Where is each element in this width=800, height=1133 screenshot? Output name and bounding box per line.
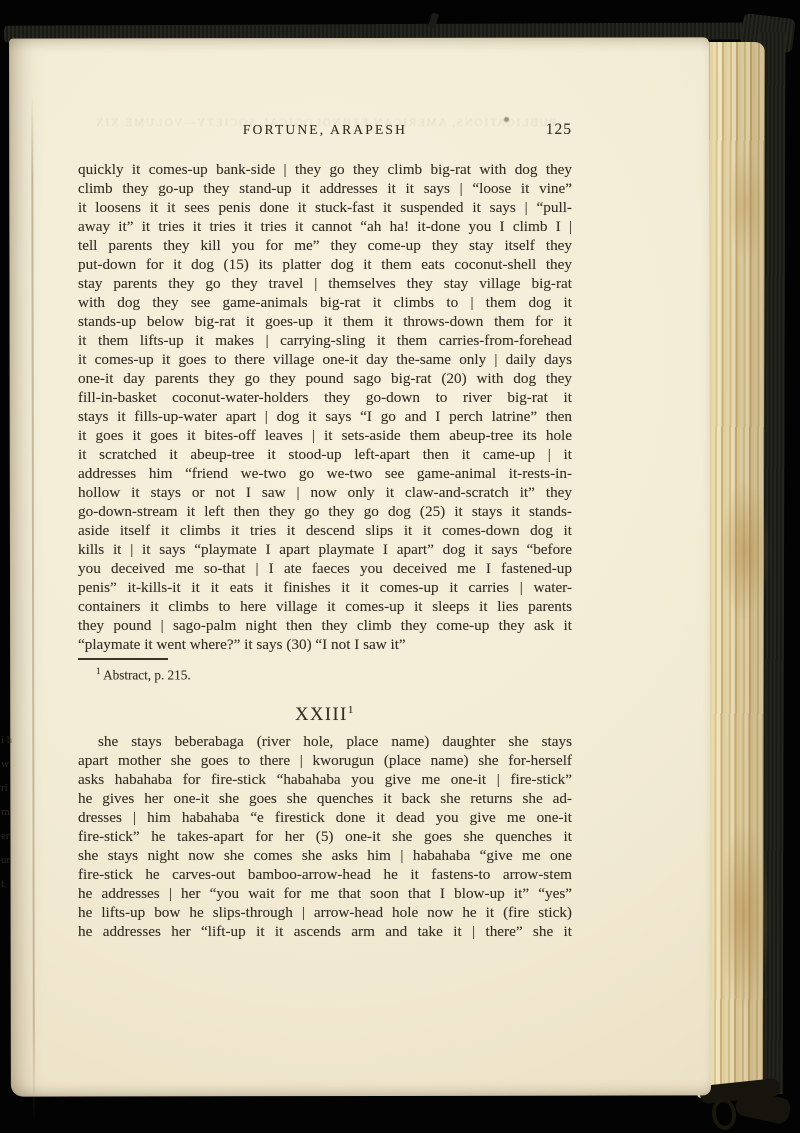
text-line: it comes-up it goes to there village one…	[78, 350, 572, 369]
running-head: FORTUNE, ARAPESH 125	[78, 122, 572, 142]
page-number: 125	[546, 121, 572, 139]
text-line: hollow it stays or not I saw | now only …	[78, 483, 572, 502]
book-scan: i h w ri m er ur t. PUBLICATIONS, AMERIC…	[0, 0, 800, 1133]
text-line: it them lifts-up it makes | carrying-sli…	[78, 331, 572, 350]
body-text: quickly it comes-up bank-side | they go …	[78, 160, 572, 654]
text-line: with dog they see game-animals big-rat i…	[78, 293, 572, 312]
frayed-corner	[734, 1089, 792, 1126]
gutter-crease	[31, 95, 35, 1125]
text-line: kills it | it says “playmate I apart pla…	[78, 540, 572, 559]
text-line: quickly it comes-up bank-side | they go …	[78, 160, 572, 179]
facing-page-fragments: i h w ri m er ur t.	[1, 728, 14, 896]
section-number: XXIII	[295, 705, 348, 725]
text-line: she stays night now she comes she asks h…	[78, 846, 572, 865]
section-footnote-marker: 1	[348, 704, 355, 716]
text-line: put-down for it dog (15) its platter dog…	[78, 255, 572, 274]
text-line: he gives her one-it she goes she quenche…	[78, 789, 572, 808]
text-line: dresses | him habahaba “e firestick done…	[78, 808, 572, 827]
text-line: go-down-stream it left then they go they…	[78, 502, 572, 521]
text-line: he addresses her “lift-up it it ascends …	[78, 922, 572, 941]
text-line: tell parents they kill you for me” they …	[78, 236, 572, 255]
section-text: she stays beberabaga (river hole, place …	[78, 732, 572, 941]
text-line: aside itself it climbs it tries it desce…	[78, 521, 572, 540]
text-line: asks habahaba for fire-stick “habahaba y…	[78, 770, 572, 789]
text-line: stands-up below big-rat it goes-up it th…	[78, 312, 572, 331]
footnote-rule	[78, 658, 168, 660]
text-line: it scratched it abeup-tree it stood-up l…	[78, 445, 572, 464]
text-line: he lifts-up bow he slips-through | arrow…	[78, 903, 572, 922]
frayed-thread-loop	[710, 1096, 738, 1131]
section-heading: XXIII1	[78, 704, 572, 726]
running-title: FORTUNE, ARAPESH	[78, 122, 572, 138]
fore-edge-stain	[718, 820, 770, 1010]
fore-edge-stain	[726, 150, 766, 260]
text-line: stays it fills-up-water apart | dog it s…	[78, 407, 572, 426]
text-line: it goes it goes it bites-off leaves | it…	[78, 426, 572, 445]
text-line: “playmate it went where?” it says (30) “…	[78, 635, 572, 654]
text-line: fire-stick” he takes-apart for her (5) o…	[78, 827, 572, 846]
footnote-marker: 1	[96, 666, 101, 676]
text-line: fill-in-basket coconut-water-holders the…	[78, 388, 572, 407]
text-line: apart mother she goes to there | kworugu…	[78, 751, 572, 770]
text-line: addresses him “friend we-two go we-two s…	[78, 464, 572, 483]
text-line: she stays beberabaga (river hole, place …	[78, 732, 572, 751]
text-line: stay parents they go they travel | thems…	[78, 274, 572, 293]
footnote-text: Abstract, p. 215.	[103, 667, 191, 682]
text-line: penis” it-kills-it it it eats it finishe…	[78, 578, 572, 597]
text-line: climb they go-up they stand-up it addres…	[78, 179, 572, 198]
fore-edge-stain	[720, 480, 770, 620]
text-line: one-it day parents they go they pound sa…	[78, 369, 572, 388]
text-line: you deceived me so-that | I ate faeces y…	[78, 559, 572, 578]
text-line: he addresses | her “you wait for me that…	[78, 884, 572, 903]
text-line: it loosens it it sees penis done it stuc…	[78, 198, 572, 217]
text-line: away it” it tries it tries it tries it c…	[78, 217, 572, 236]
text-line: they pound | sago-palm night then they c…	[78, 616, 572, 635]
text-line: containers it climbs to here village it …	[78, 597, 572, 616]
text-line: fire-stick he carves-out bamboo-arrow-he…	[78, 865, 572, 884]
footnote: 1 Abstract, p. 215.	[78, 666, 572, 683]
